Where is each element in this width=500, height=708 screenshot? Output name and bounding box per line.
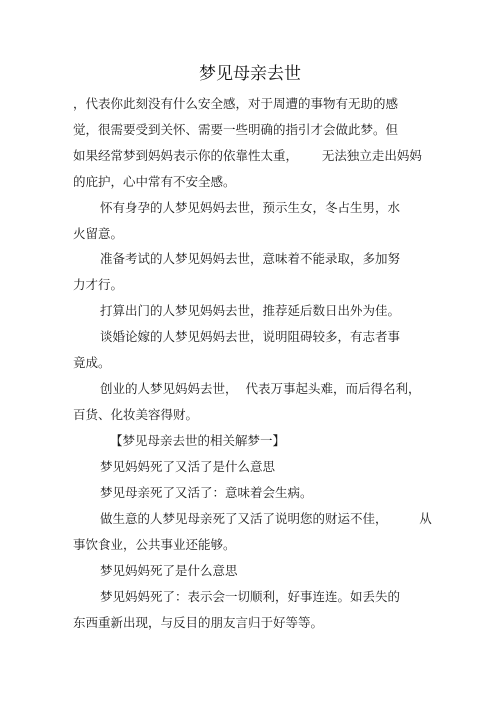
- paragraph-line: 事饮食业，公共事业还能够。: [73, 537, 236, 553]
- paragraph-line: 力才行。: [73, 277, 123, 293]
- paragraph-line: 如果经常梦到妈妈表示你的依靠性太重， 无法独立走出妈妈: [73, 148, 422, 164]
- paragraph-line: 打算出门的人梦见妈妈去世，推荐延后数日出外为佳。: [100, 303, 400, 319]
- section-heading: 【梦见母亲去世的相关解梦一】: [110, 433, 285, 449]
- paragraph-line: 竟成。: [73, 355, 111, 371]
- paragraph-line: 的庇护，心中常有不安全感。: [73, 174, 236, 190]
- paragraph-line: 觉，很需要受到关怀、需要一些明确的指引才会做此梦。但: [73, 122, 398, 138]
- paragraph-line: 做生意的人梦见母亲死了又活了说明您的财运不佳， 从: [100, 511, 432, 527]
- paragraph-line: 准备考试的人梦见妈妈去世，意味着不能录取，多加努: [100, 251, 400, 267]
- paragraph-line: 火留意。: [73, 226, 123, 242]
- paragraph-line: 梦见妈妈死了是什么意思: [100, 563, 238, 579]
- paragraph-line: 东西重新出现，与反目的朋友言归于好等等。: [73, 615, 323, 631]
- paragraph-line: 百货、化妆美容得财。: [73, 407, 198, 423]
- document-title: 梦见母亲去世: [0, 63, 500, 85]
- paragraph-line: 梦见母亲死了又活了：意味着会生病。: [100, 485, 313, 501]
- paragraph-line: ，代表你此刻没有什么安全感，对于周遭的事物有无助的感: [73, 96, 398, 112]
- document-page: 梦见母亲去世 ，代表你此刻没有什么安全感，对于周遭的事物有无助的感 觉，很需要受…: [0, 0, 500, 708]
- paragraph-line: 创业的人梦见妈妈去世， 代表万事起头难，而后得名利，: [100, 381, 420, 397]
- paragraph-line: 梦见妈妈死了：表示会一切顺利，好事连连。如丢失的: [100, 589, 400, 605]
- paragraph-line: 怀有身孕的人梦见妈妈去世，预示生女，冬占生男，水: [100, 200, 400, 216]
- paragraph-line: 梦见妈妈死了又活了是什么意思: [100, 459, 275, 475]
- paragraph-line: 谈婚论嫁的人梦见妈妈去世，说明阻碍较多，有志者事: [100, 329, 400, 345]
